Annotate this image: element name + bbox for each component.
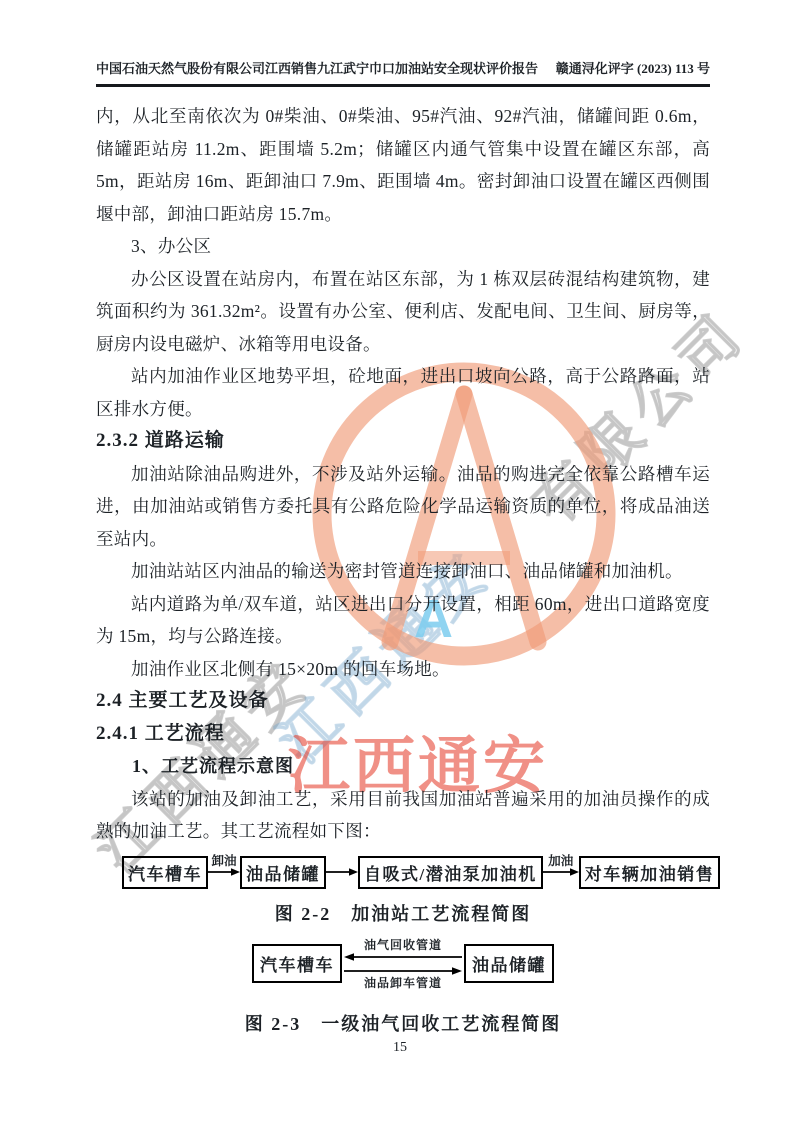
- paragraph: 站内道路为单/双车道，站区进出口分开设置，相距 60m，进出口道路宽度为 15m…: [96, 588, 710, 653]
- header-report-title: 中国石油天然气股份有限公司江西销售九江武宁巾口加油站安全现状评价报告: [96, 58, 538, 77]
- arrow-label-unload: 卸油: [211, 851, 236, 869]
- figure-2-3-flow-diagram: 汽车槽车 油气回收管道 油品卸车管道 油品储罐: [96, 938, 710, 990]
- flow-arrow-unload: 卸油: [208, 867, 240, 877]
- flow-box-storage-tank: 油品储罐: [240, 856, 326, 889]
- flow-box-tanker-truck: 汽车槽车: [122, 856, 208, 889]
- flow-arrow-refuel: 加油: [543, 867, 579, 877]
- section-heading: 2.4 主要工艺及设备: [96, 685, 710, 718]
- flow-box-dispenser: 自吸式/潜油泵加油机: [358, 856, 543, 889]
- paragraph: 该站的加油及卸油工艺，采用目前我国加油站普遍采用的加油员操作的成熟的加油工艺。其…: [96, 783, 710, 848]
- figure-2-3-caption: 图 2-3 一级油气回收工艺流程简图: [96, 1010, 710, 1036]
- paragraph-container: 内，从北至南依次为 0#柴油、0#柴油、95#汽油、92#汽油，储罐间距 0.6…: [96, 100, 710, 848]
- document-page: 中国石油天然气股份有限公司江西销售九江武宁巾口加油站安全现状评价报告 赣通浔化评…: [0, 58, 800, 1036]
- section-heading: 2.4.1 工艺流程: [96, 718, 710, 751]
- paragraph: 办公区设置在站房内，布置在站区东部，为 1 栋双层砖混结构建筑物，建筑面积约为 …: [96, 263, 710, 361]
- paragraph: 加油作业区北侧有 15×20m 的回车场地。: [96, 653, 710, 686]
- figure-2-3-arrows: 油气回收管道 油品卸车管道: [344, 938, 462, 990]
- flow-box-tanker-truck: 汽车槽车: [252, 944, 342, 983]
- paragraph: 站内加油作业区地势平坦，砼地面，进出口坡向公路，高于公路路面，站区排水方便。: [96, 360, 710, 425]
- page-header: 中国石油天然气股份有限公司江西销售九江武宁巾口加油站安全现状评价报告 赣通浔化评…: [96, 58, 710, 87]
- paragraph: 3、办公区: [96, 230, 710, 263]
- header-doc-number: 赣通浔化评字 (2023) 113 号: [556, 58, 710, 77]
- figure-2-2-flow-diagram: 汽车槽车 卸油 油品储罐 自吸式/潜油泵加油机 加油 对车辆加油销售: [122, 856, 710, 889]
- figure-2-2-caption: 图 2-2 加油站工艺流程简图: [96, 900, 710, 926]
- flow-box-vehicle-sales: 对车辆加油销售: [579, 856, 721, 889]
- section-heading: 1、工艺流程示意图: [96, 750, 710, 783]
- left-arrow-icon: [344, 952, 462, 962]
- paragraph: 加油站除油品购进外，不涉及站外运输。油品的购进完全依靠公路槽车运进，由加油站或销…: [96, 458, 710, 556]
- section-heading: 2.3.2 道路运输: [96, 425, 710, 458]
- page-number: 15: [0, 1040, 800, 1056]
- paragraph: 加油站站区内油品的输送为密封管道连接卸油口、油品储罐和加油机。: [96, 555, 710, 588]
- vapor-recovery-pipe-label: 油气回收管道: [364, 938, 442, 952]
- flow-arrow-plain: [326, 867, 358, 877]
- paragraph: 内，从北至南依次为 0#柴油、0#柴油、95#汽油、92#汽油，储罐间距 0.6…: [96, 100, 710, 230]
- right-arrow-icon: [326, 867, 358, 877]
- flow-box-storage-tank: 油品储罐: [464, 944, 554, 983]
- arrow-label-refuel: 加油: [548, 851, 573, 869]
- oil-unloading-pipe-label: 油品卸车管道: [364, 976, 442, 990]
- right-arrow-icon: [344, 966, 462, 976]
